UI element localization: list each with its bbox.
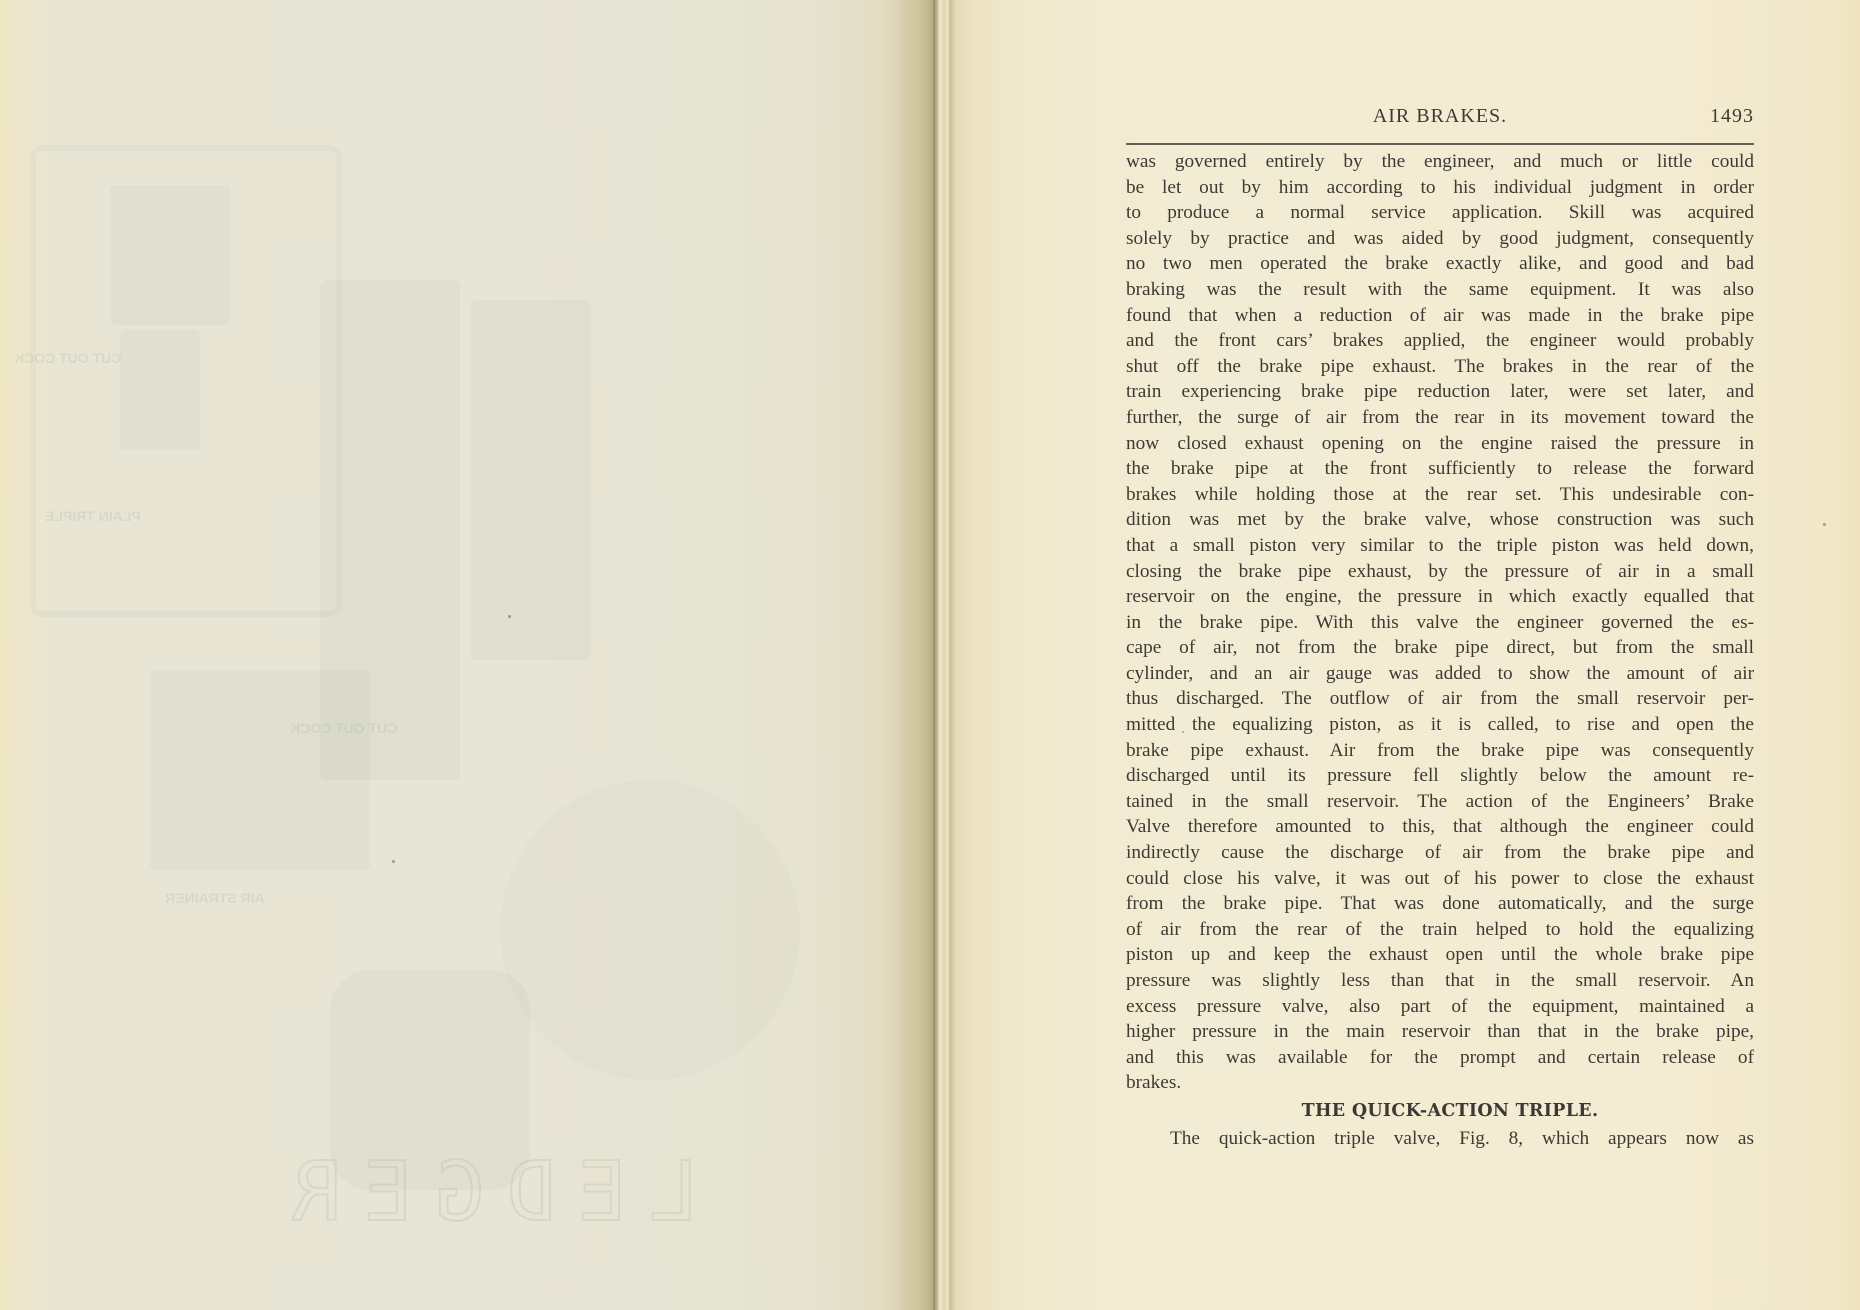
text-line: braking was the result with the same equ…: [1126, 277, 1754, 303]
book-spread: CUT OUT COCK PLAIN TRIPLE CUT OUT COCK A…: [0, 0, 1860, 1310]
showthrough-diagram-part: [120, 330, 200, 450]
text-line: no two men operated the brake exactly al…: [1126, 251, 1754, 277]
text-line: closing the brake pipe exhaust, by the p…: [1126, 559, 1754, 585]
text-line: and the front cars’ brakes applied, the …: [1126, 328, 1754, 354]
text-line: be let out by him according to his indiv…: [1126, 175, 1754, 201]
text-line: tained in the small reservoir. The actio…: [1126, 789, 1754, 815]
text-line: pressure was slightly less than that in …: [1126, 968, 1754, 994]
text-line: solely by practice and was aided by good…: [1126, 226, 1754, 252]
showthrough-ledger-text: LEDGER: [270, 1145, 698, 1240]
showthrough-diagram-part: [110, 185, 230, 325]
header-rule: [1126, 143, 1754, 145]
text-line: Valve therefore amounted to this, that a…: [1126, 814, 1754, 840]
text-line: to produce a normal service application.…: [1126, 200, 1754, 226]
paper-speck: [1182, 731, 1184, 733]
left-page: CUT OUT COCK PLAIN TRIPLE CUT OUT COCK A…: [0, 0, 935, 1310]
section-first-line: The quick-action triple valve, Fig. 8, w…: [1126, 1124, 1754, 1154]
text-line: indirectly cause the discharge of air fr…: [1126, 840, 1754, 866]
text-line: thus discharged. The outflow of air from…: [1126, 686, 1754, 712]
running-title: AIR BRAKES.: [1126, 105, 1754, 128]
text-line: that a small piston very similar to the …: [1126, 533, 1754, 559]
text-line: brakes while holding those at the rear s…: [1126, 482, 1754, 508]
showthrough-diagram-part: [500, 780, 800, 1080]
body-paragraph: was governed entirely by the engineer, a…: [1126, 149, 1754, 1096]
text-line: dition was met by the brake valve, whose…: [1126, 507, 1754, 533]
text-line: the brake pipe at the front sufficiently…: [1126, 456, 1754, 482]
paper-speck: [1823, 523, 1826, 526]
text-line: higher pressure in the main reservoir th…: [1126, 1019, 1754, 1045]
text-line: cape of air, not from the brake pipe dir…: [1126, 635, 1754, 661]
text-line: and this was available for the prompt an…: [1126, 1045, 1754, 1071]
section-heading: THE QUICK-ACTION TRIPLE.: [1126, 1098, 1754, 1124]
gutter-fold-line: [933, 0, 935, 1310]
paper-speck: [392, 860, 395, 863]
text-line: train experiencing brake pipe reduction …: [1126, 379, 1754, 405]
showthrough-label: AIR STRAINER: [165, 890, 265, 906]
running-header: AIR BRAKES. 1493: [1126, 105, 1754, 135]
showthrough-label: PLAIN TRIPLE: [45, 508, 141, 524]
text-line: found that when a reduction of air was m…: [1126, 303, 1754, 329]
showthrough-diagram-part: [150, 670, 370, 870]
text-line: further, the surge of air from the rear …: [1126, 405, 1754, 431]
text-line: excess pressure valve, also part of the …: [1126, 994, 1754, 1020]
showthrough-diagram-part: [470, 300, 590, 660]
text-line: piston up and keep the exhaust open unti…: [1126, 942, 1754, 968]
text-line: brake pipe exhaust. Air from the brake p…: [1126, 738, 1754, 764]
text-line: discharged until its pressure fell sligh…: [1126, 763, 1754, 789]
text-line: of air from the rear of the train helped…: [1126, 917, 1754, 943]
text-line: in the brake pipe. With this valve the e…: [1126, 610, 1754, 636]
text-line: could close his valve, it was out of his…: [1126, 866, 1754, 892]
showthrough-label: CUT OUT COCK: [14, 350, 121, 366]
right-page-text: AIR BRAKES. 1493 was governed entirely b…: [1126, 105, 1754, 1154]
book-gutter: [900, 0, 970, 1310]
text-line: mitted the equalizing piston, as it is c…: [1126, 712, 1754, 738]
text-line: shut off the brake pipe exhaust. The bra…: [1126, 354, 1754, 380]
paper-speck: [508, 615, 511, 618]
showthrough-label: CUT OUT COCK: [290, 720, 397, 736]
text-line: reservoir on the engine, the pressure in…: [1126, 584, 1754, 610]
text-line: now closed exhaust opening on the engine…: [1126, 431, 1754, 457]
text-line: was governed entirely by the engineer, a…: [1126, 149, 1754, 175]
text-line: cylinder, and an air gauge was added to …: [1126, 661, 1754, 687]
text-line: from the brake pipe. That was done autom…: [1126, 891, 1754, 917]
text-line: brakes.: [1126, 1070, 1754, 1096]
page-number: 1493: [1710, 105, 1754, 128]
